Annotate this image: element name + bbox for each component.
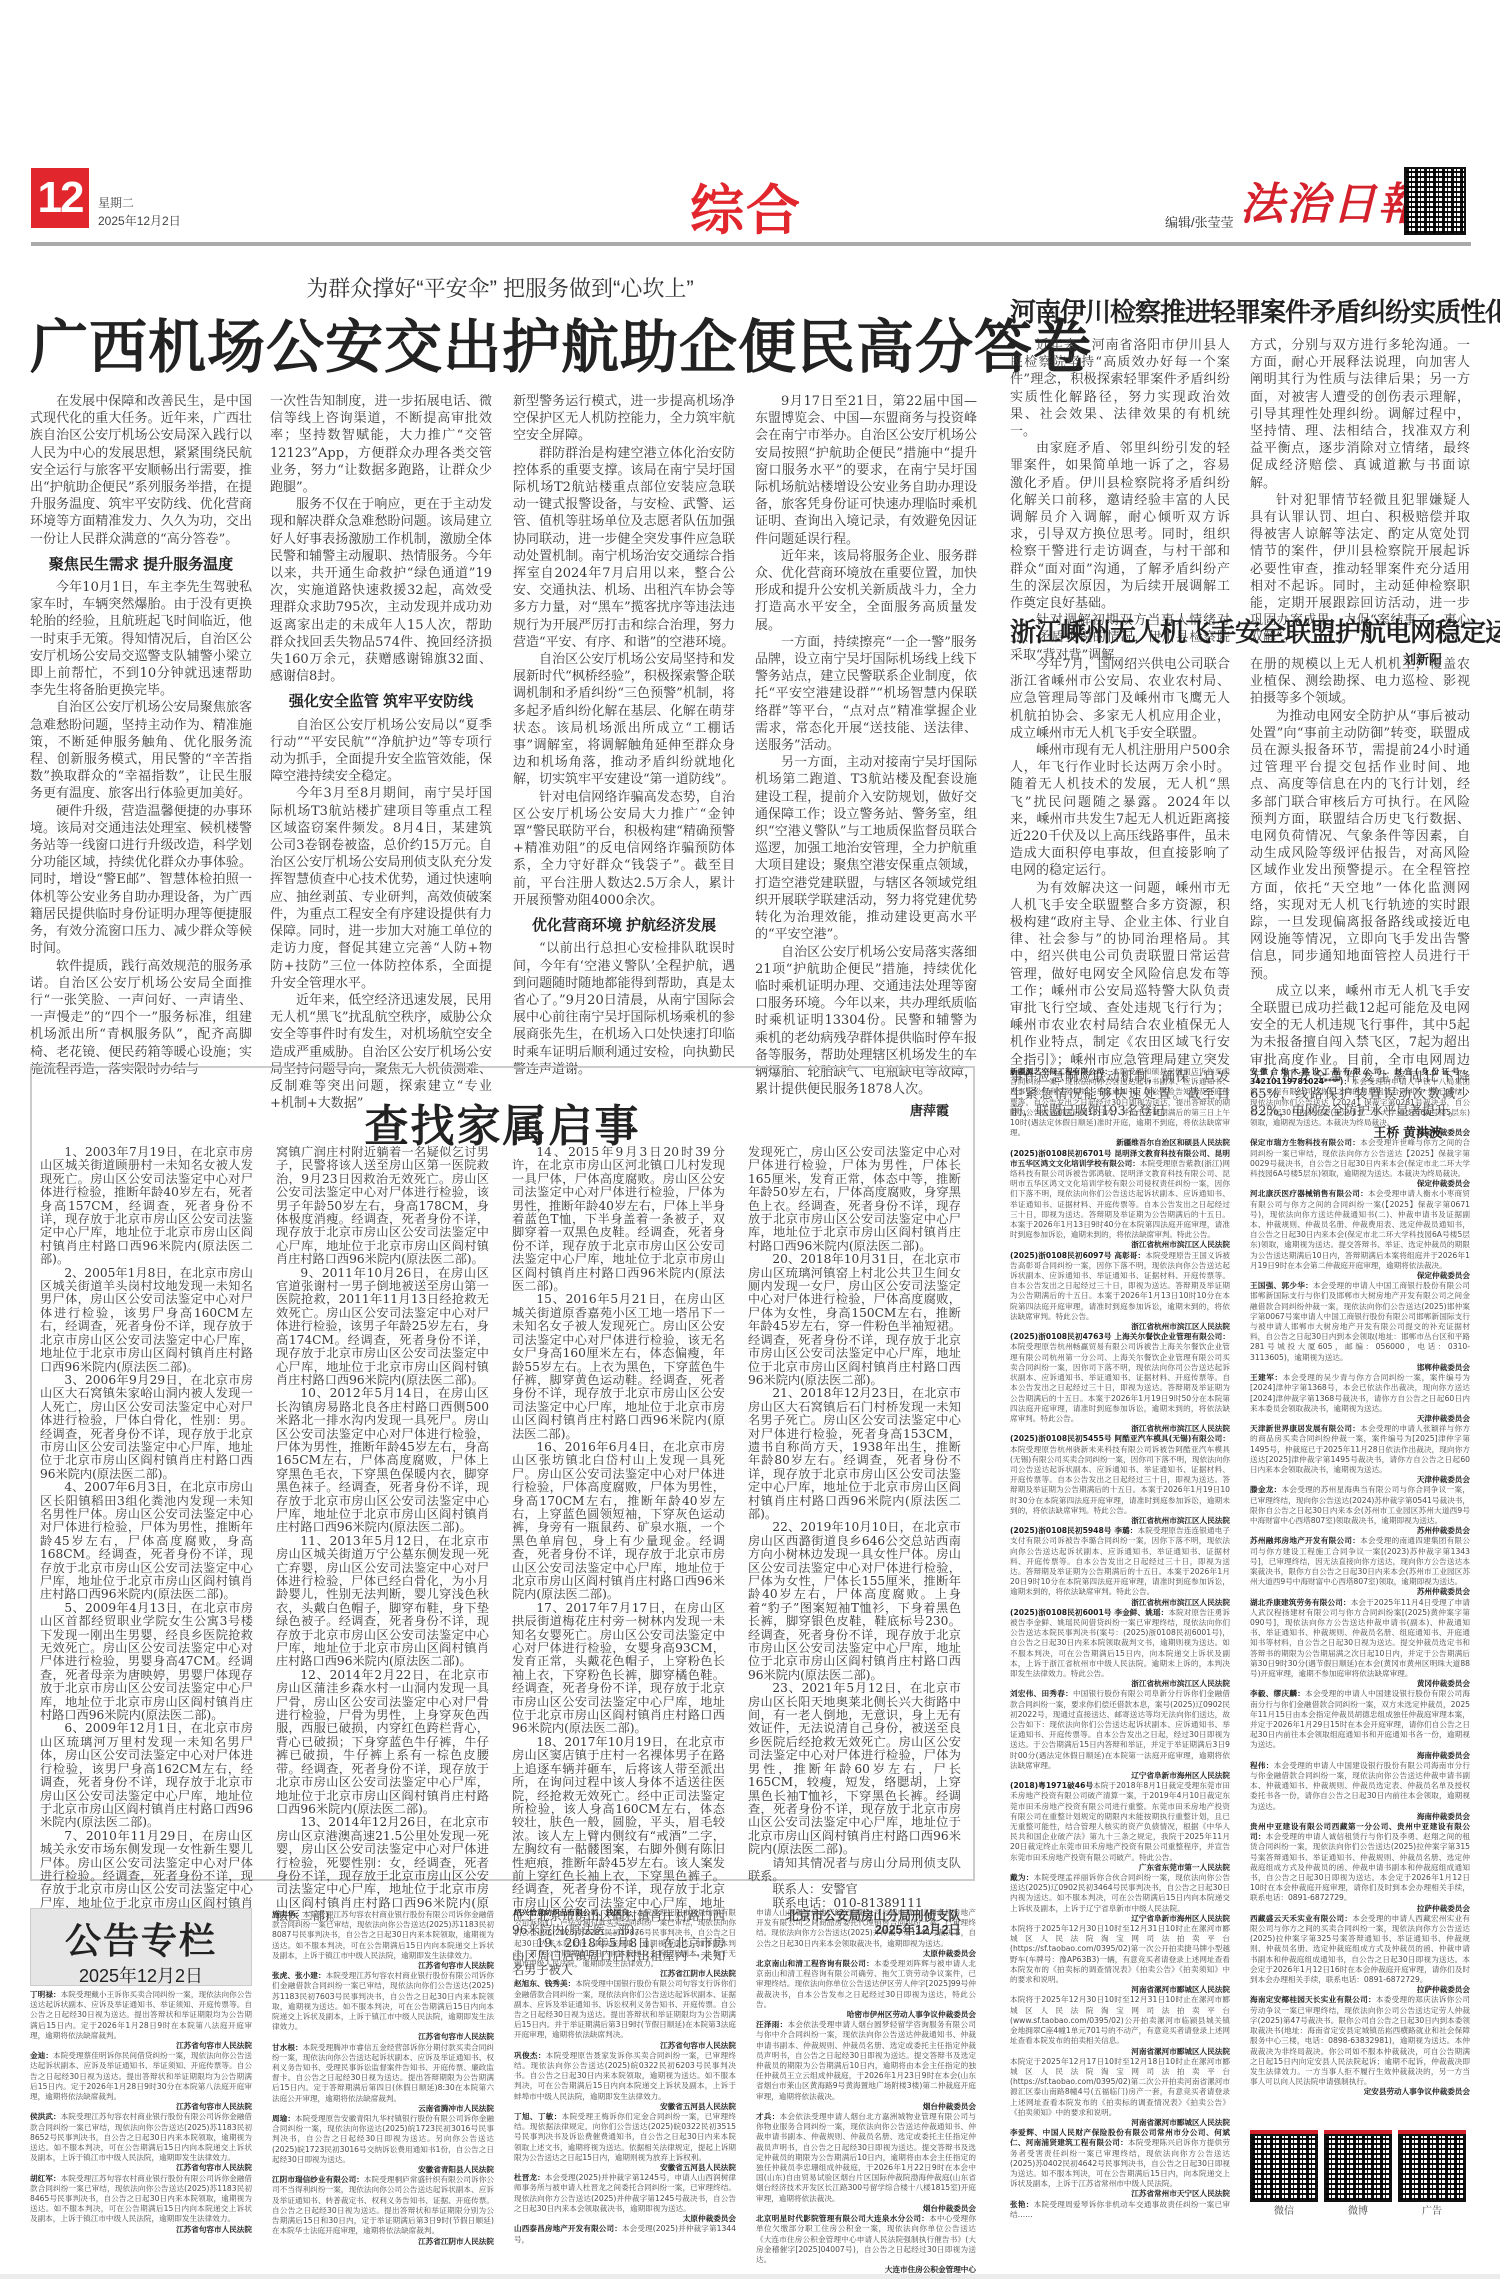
- notice-issuer: 天津仲裁委员会: [1250, 1475, 1470, 1485]
- main-article-col-4-body: 9月17日至21日，第22届中国—东盟博览会、中国—东盟商务与投资峰会在南宁市举…: [755, 393, 977, 1098]
- missing-persons-col-3: 14、2015年9月3日20时39分许，在北京市房山区河北镇口儿村发现一具尸体，…: [512, 1146, 725, 1977]
- notice-recipient: 刘宏伟、田秀春：: [1010, 1689, 1073, 1698]
- notice-issuer: 江苏省句容市人民法院: [30, 2225, 252, 2235]
- announcement-column-title: 公告专栏: [31, 1913, 251, 1964]
- notice-body: 本院受理桐庐常盛针织有限公司诉你公司不当得利纠纷一案，现依法向你公司公告送达起诉…: [272, 2175, 494, 2235]
- notice-entry: 10、2012年5月14日，在房山区长沟镇房易路北良各庄村路口西侧500米路北一…: [276, 1387, 489, 1534]
- notice-recipient: 滕金龙：: [1250, 1485, 1281, 1494]
- legal-notice: 河北康沃医疗器械销售有限公司：本会受理申请人衡水小枣商贸有限公司与你方之间的合同…: [1250, 1189, 1470, 1271]
- notice-recipient: (2025)浙0108民初5948号 李璐：: [1010, 1526, 1138, 1535]
- notice-body: 本院受理戴小王诉你买卖合同纠纷一案，现依法向你公告送达起诉状副本、应诉及举证通知…: [30, 1990, 252, 2040]
- notice-issuer: 江苏省句容市人民法院: [30, 2102, 252, 2112]
- legal-notice: 江阴市瑞信纱业有限公司：本院受理桐庐常盛针织有限公司诉你公司不当得利纠纷一案，现…: [272, 2175, 494, 2236]
- legal-notice: 甘水根：本院受理腾冲市睿信五金经营部诉你分期付款买卖合同纠纷一案，现依法向你公告…: [272, 2043, 494, 2104]
- notice-issuer: 浙江省杭州市滨江区人民法院: [1010, 1679, 1230, 1689]
- notice-issuer: 浙江省杭州市滨江区人民法院: [1010, 1516, 1230, 1526]
- notice-issuer: 新疆维吾尔自治区和硕县人民法院: [1010, 1138, 1230, 1148]
- notice-issuer: 苏州仲裁委员会: [1250, 1587, 1470, 1597]
- notice-issuer: 云南省腾冲市人民法院: [272, 2104, 494, 2114]
- notice-entry: 11、2013年5月12日，在北京市房山区城关街道万宁公墓东侧发现一死亡弃婴，房…: [276, 1535, 489, 1669]
- legal-notice: 申请人山西馨吉房地产经纪有限公司与被申请人山西泰昌房地产开发有限公司之间商品房委…: [756, 1908, 976, 1949]
- legal-notice: 王国强、郭少华：本会受理的申请人中国工商银行股份有限公司邯郸新国际支行与你们及邯…: [1250, 1281, 1470, 1363]
- section-title: 综合: [690, 168, 802, 245]
- legal-notice: 山西泰昌房地产开发有限公司：本会受理(2025)并仲裁字第1344号，: [514, 2224, 736, 2244]
- notice-body: 本会受理的苏州星海典当有限公司与你合同争议一案，已审理终结，现向你公告送达(20…: [1250, 1485, 1470, 1525]
- notice-body: 本院将于2025年12月30日10时至12月31日10时止在漯河市郾城区人民法院…: [1010, 1924, 1230, 1984]
- notice-entry: 14、2015年9月3日20时39分许，在北京市房山区河北镇口儿村发现一具尸体，…: [512, 1146, 725, 1293]
- notice-issuer: 保定仲裁委员会: [1250, 1128, 1470, 1138]
- legal-notice: 苏州融邦房地产开发有限公司：本会受理的南通四建集团有限公司与你方建设工程施工合同…: [1250, 1536, 1470, 1587]
- notice-issuer: 河南省漯河市郾城区人民法院: [1010, 1985, 1230, 1995]
- paragraph: 在发展中保障和改善民生，是中国式现代化的重大任务。近年来，广西壮族自治区公安厅机…: [30, 393, 252, 548]
- notice-recipient: 北京南山和清工程咨询有限公司：: [756, 1959, 874, 1968]
- paragraph: 自治区公安厅机场公安局坚持和发展新时代“枫桥经验”，积极探索警企联调机制和矛盾纠…: [513, 651, 735, 789]
- notice-issuer: 安徽省青阳县人民法院: [272, 2165, 494, 2175]
- paragraph: 一方面，持续擦亮“一企一警”服务品牌，设立南宁吴圩国际机场线上线下警务站点，建立…: [755, 634, 977, 754]
- legal-notice: 贵州中亚建设有限公司西藏第一分公司、贵州中亚建设有限公司：本会受理的申请人诚信租…: [1250, 1822, 1470, 1904]
- notice-recipient: 山西泰昌房地产开发有限公司：: [514, 2224, 622, 2233]
- notice-body: 本会于2025年11月4日受理了申请人武汉程扬建材有限公司与你方合同纠纷案[(2…: [1250, 1598, 1470, 1678]
- qr-label: 微信: [1250, 2202, 1318, 2217]
- announcements-right-col-b: 安徽合炮木建设工程有限公司、封宜(身份证号：34210119781024****…: [1250, 1067, 1470, 2097]
- notice-issuer: 邯郸仲裁委员会: [1250, 1363, 1470, 1373]
- notice-body: 本院受理江苏句容农村商业银行股份有限公司诉你金融借款合同纠纷一案已审结，现依法向…: [30, 2174, 252, 2224]
- notice-recipient: 绍兴恰意纺织品有限公司、钱国良：: [514, 1908, 637, 1917]
- notice-issuer: 安徽省五河县人民法院: [514, 2163, 736, 2173]
- notice-body: 本院受理江阴市润晟纺织有限公司诉你们、卢岳分期付款买卖合同纠纷一案已审结，现依法…: [514, 1908, 736, 1968]
- notice-body: 本院受理中国银行股份有限公司句容支行诉你们金融借款合同纠纷一案，现依法向你们公告…: [514, 1979, 736, 2039]
- paragraph: “以前出行总担心安检排队耽误时间，今年有‘空港义警队’全程护航，遇到问题随时随地…: [513, 940, 735, 1078]
- notice-body: 本会受理的吴少青与你方合同纠纷一案，案件编号为[2024]津仲字第1368号，本…: [1250, 1373, 1470, 1413]
- notice-issuer: 保定仲裁委员会: [1250, 1179, 1470, 1189]
- announcements-right-col-a: 新疆源艺空间工程有限公司：本院受理和硕县尹健面店诉你买卖合同纠纷一案，现依法向你…: [1010, 1067, 1230, 2267]
- notice-body: 本院将于2025年12月30日10时至12月31日10时止在漯河市郾城区人民法院…: [1010, 1995, 1230, 2045]
- legal-notice: 西藏盛云天禾实业有限公司：本会受理的申请人西藏宏州实业有限公司与你方之间的买卖合…: [1250, 1914, 1470, 1985]
- notice-body: 本院受理原告聂家发诉你买卖合同纠纷一案，已审理终结。现依法向你公告送达(2025…: [514, 2051, 736, 2101]
- paragraph: 在册的规模以上无人机机主，覆盖农业植保、测绘勘探、电力巡检、影视拍摄等多个领域。: [1250, 656, 1470, 708]
- notice-body: 本院受理原告王国义诉被告高彰哥合同纠纷一案，因你下落不明，现依法向你公告送达起诉…: [1010, 1251, 1230, 1321]
- notice-recipient: 侯洪武：: [30, 2112, 61, 2121]
- notice-entry: 9、2011年10月26日，在房山区官道张谢村一男子倒地被送至房山第一医院抢救，…: [276, 1267, 489, 1388]
- notice-issuer: 苏州仲裁委员会: [1250, 1526, 1470, 1536]
- notice-recipient: 程伟：: [1250, 1761, 1274, 1770]
- legal-notice: 本院定于2025年12月17日10时至12月18日10时止在漯河市郾城区人民法院…: [1010, 2057, 1230, 2118]
- legal-notice: (2025)浙0108民初5455号 阿酷亚汽车模具(无锡)有限公司：本院受理原…: [1010, 1434, 1230, 1516]
- weekday: 星期二: [98, 194, 134, 211]
- notice-recipient: 戴为：: [1010, 1873, 1034, 1882]
- notice-recipient: (2018)粤1971破46号: [1010, 1781, 1093, 1790]
- main-article-col-3: 新型警务运行模式，进一步提高机场净空保护区无人机防控能力，全力筑牢航空安全屏障。…: [513, 393, 735, 1078]
- notice-entry: 12、2014年2月22日，在北京市房山区蒲洼乡森水村一山洞内发现一具尸骨，房山…: [276, 1669, 489, 1816]
- legal-notice: (2025)浙0108民初4763号 上海关尔餐饮企业管理有限公司：本院受理原告…: [1010, 1332, 1230, 1424]
- main-article-col-4: 9月17日至21日，第22届中国—东盟博览会、中国—东盟商务与投资峰会在南宁市举…: [755, 393, 977, 1120]
- notice-issuer: 江苏省句容市人民法院: [272, 1961, 494, 1971]
- paragraph: 近年来，河南省洛阳市伊川县人民检察院坚持“高质效办好每一个案件”理念，积极探索轻…: [1010, 337, 1230, 440]
- missing-persons-col-2: 窝镇广润庄村附近躺着一名疑似乞讨男子，民警将该人送至房山区第一医院救治，9月23…: [276, 1146, 489, 1924]
- notice-body: 本院受理原告杭州骁新未来科技有限公司诉被告阿酷亚汽车模具(无锡)有限公司买卖合同…: [1010, 1445, 1230, 1515]
- legal-notice: 绍兴恰意纺织品有限公司、钱国良：本院受理江阴市润晟纺织有限公司诉你们、卢岳分期付…: [514, 1908, 736, 1969]
- notice-recipient: (2025)浙0108民初5455号 阿酷亚汽车模具(无锡)有限公司：: [1010, 1434, 1230, 1443]
- legal-notice: (2025)浙0108民初6701号 昆明泽文教育科技有限公司、昆明市五华区鸿文…: [1010, 1149, 1230, 1241]
- missing-persons-col-4-body: 发现死亡，房山区公安司法鉴定中心对尸体进行检验，尸体为男性，尸体长165厘米，发…: [748, 1146, 961, 1883]
- legal-notice: (2018)粤1971破46号本院于2018年8月1日裁定受理东莞市田禾房地产投…: [1010, 1781, 1230, 1863]
- notice-body: 中国银行股份有限公司阜新分行诉你们金融借款合同纠纷一案，要求你们偿还借款本息，案…: [1010, 1689, 1230, 1769]
- legal-notice: 张艳：本院受理周爱琴诉你非机动车交通事故责任纠纷一案已审结……: [1010, 2200, 1230, 2220]
- paragraph: 嵊州市现有无人机注册用户500余人，年飞行作业时长达两万余小时。随着无人机技术的…: [1010, 742, 1230, 880]
- legal-notice: 张虎、张小建：本院受理江苏句容农村商业银行股份有限公司诉你们金融借款合同纠纷一案…: [272, 1971, 494, 2032]
- legal-notice: (2025)浙0108民初6097号 高彰哥：本院受理原告王国义诉被告高彰哥合同…: [1010, 1251, 1230, 1322]
- announcements-col-c: 绍兴恰意纺织品有限公司、钱国良：本院受理江阴市润晟纺织有限公司诉你们、卢岳分期付…: [514, 1908, 736, 2245]
- legal-notice: 天津新世界康居发展有限公司：本会受理的申请人张颖祥与你方的商品房买卖合同纠纷仲裁…: [1250, 1424, 1470, 1475]
- notice-recipient: 杜晋龙：: [514, 2173, 545, 2182]
- notice-body: 本院对原告汪勇诉被告李金鲜、姚瑶民间借贷纠纷一案已审理终结，现依法向你们公告送达…: [1010, 1608, 1230, 1678]
- notice-entry: 17、2017年7月17日，在房山区拱辰街道梅花庄村旁一树林内发现一未知名女婴死…: [512, 1602, 725, 1736]
- notice-issuer: 海南仲裁委员会: [1250, 1812, 1470, 1822]
- legal-notice: 才兵：本会依法受理申请人烟台北方嘉洲城物业管理有限公司与你物业服务合同纠纷一案，…: [756, 2112, 976, 2204]
- notice-issuer: 黄冈仲裁委员会: [1250, 1679, 1470, 1689]
- notice-issuer: 河南省漯河市郾城区人民法院: [1010, 2118, 1230, 2128]
- paragraph: 自治区公安厅机场公安局以“夏季行动”“平安民航”“净航护边”等专项行动为抓手，全…: [270, 717, 492, 786]
- notice-body: 本院受理原告连连银通电子支付有限公司诉被告李璐合同纠纷一案，因你下落不明，现依法…: [1010, 1526, 1230, 1596]
- notice-body: 本院受理周爱琴诉你非机动车交通事故责任纠纷一案已审结……: [1010, 2200, 1230, 2219]
- main-article-col-1: 在发展中保障和改善民生，是中国式现代化的重大任务。近年来，广西壮族自治区公安厅机…: [30, 393, 252, 1078]
- notice-entry: 5、2009年4月13日，在北京市房山区首都经贸职业学院女生公寓3号楼下发现一刚…: [40, 1602, 253, 1723]
- notice-issuer: 天津仲裁委员会: [1250, 1414, 1470, 1424]
- notice-issuer: 浙江省杭州市滨江区人民法院: [1010, 1240, 1230, 1250]
- notice-entry: 20、2018年10月31日，在北京市房山区琉璃河镇窑上村北公共卫生间女厕内发现…: [748, 1253, 961, 1387]
- notice-body: 本院定于2025年12月17日10时至12月18日10时止在漯河市郾城区人民法院…: [1010, 2057, 1230, 2117]
- section-subheading: 优化营商环境 护航经济发展: [513, 917, 735, 934]
- main-article-title: 广西机场公安交出护航助企便民高分答卷: [30, 300, 1005, 384]
- qr-label: 广告: [1398, 2202, 1466, 2217]
- legal-notice: (2025)浙0108民初5948号 李璐：本院受理原告连连银通电子支付有限公司…: [1010, 1526, 1230, 1597]
- notice-body: 本院受理原告杭州畅赢贸易有限公司诉被告上海关尔餐饮企业管理有限公司杭州第一分公司…: [1010, 1342, 1230, 1422]
- notice-entry: 21、2018年12月23日，在北京市房山区大石窝镇后石门村桥发现一未知名男子死…: [748, 1387, 961, 1521]
- section-subheading: 聚焦民生需求 提升服务温度: [30, 556, 252, 573]
- announcement-column-header: 公告专栏 2025年12月2日: [30, 1908, 252, 1986]
- notice-entry: 18、2017年10月19日，在北京市房山区窦店镇于庄村一名裸体男子在路上追逐车…: [512, 1736, 725, 1937]
- legal-notice: 程伟：本会受理的申请人中国建设银行股份有限公司海南市分行与你金融借款合同纠纷一案…: [1250, 1761, 1470, 1812]
- notice-recipient: 西藏盛云天禾实业有限公司：: [1250, 1914, 1352, 1923]
- notice-entry: 窝镇广润庄村附近躺着一名疑似乞讨男子，民警将该人送至房山区第一医院救治，9月23…: [276, 1146, 489, 1267]
- notice-body: 申请人山西馨吉房地产经纪有限公司与被申请人山西泰昌房地产开发有限公司之间商品房委…: [756, 1908, 976, 1948]
- notice-issuer: 拉萨仲裁委员会: [1250, 1904, 1470, 1914]
- notice-body: 本会依法受理申请人烟台圆梦轻留学咨询服务有限公司与你中介合同纠纷一案，现依法向你…: [756, 2020, 976, 2100]
- legal-notice: 施丙华：本院受理江苏句容农村商业银行股份有限公司诉你金融借款合同纠纷一案已审结，…: [272, 1910, 494, 1961]
- notice-body: 本会受理申请人衡水小枣商贸有限公司与你方之间的合同纠纷一案(【2025】保裁字第…: [1250, 1189, 1470, 1269]
- notice-recipient: 海南定安椰桂园天长实业有限公司：: [1250, 1995, 1376, 2004]
- paragraph: 由家庭矛盾、邻里纠纷引发的轻罪案件，如果简单地一诉了之，容易激化矛盾。伊川县检察…: [1010, 440, 1230, 612]
- announcements-col-d: 申请人山西馨吉房地产经纪有限公司与被申请人山西泰昌房地产开发有限公司之间商品房委…: [756, 1908, 976, 2275]
- editor-credit: 编辑/张莹莹: [1165, 212, 1234, 231]
- notice-recipient: 江阴市瑞信纱业有限公司：: [272, 2175, 364, 2184]
- legal-notice: 戴为：本院受理孟祥丽诉你合伙合同纠纷一案，现依法向你公告送达(2025)辽090…: [1010, 1873, 1230, 1914]
- contact-person: 联系人：安警官: [748, 1883, 961, 1896]
- notice-issuer: 定安县劳动人事争议仲裁委员会: [1250, 2087, 1470, 2097]
- legal-notice: 海南定安椰桂园天长实业有限公司：本委受理的郑庆法诉你公司劳动争议一案已审理终结，…: [1250, 1995, 1470, 2087]
- notice-issuer: 辽宁省阜新市海州区人民法院: [1010, 1914, 1230, 1924]
- legal-notice: 安徽合炮木建设工程有限公司、封宜(身份证号：34210119781024****…: [1250, 1067, 1470, 1128]
- paragraph: 近年来，该局将服务企业、服务群众、优化营商环境放在重要位置，加快形成和提升公安机…: [755, 548, 977, 634]
- notice-issuer: 拉萨仲裁委员会: [1250, 1985, 1470, 1995]
- notice-entry: 16、2016年6月4日，在北京市房山区张坊镇北白岱村山上发现一具死尸。房山区公…: [512, 1441, 725, 1602]
- notice-recipient: 施丙华：: [272, 1910, 303, 1919]
- notice-recipient: (2025)浙0108民初4763号 上海关尔餐饮企业管理有限公司：: [1010, 1332, 1230, 1341]
- missing-persons-col-4: 发现死亡，房山区公安司法鉴定中心对尸体进行检验，尸体为男性，尸体长165厘米，发…: [748, 1146, 961, 1937]
- qr-wechat[interactable]: 微信: [1250, 2130, 1318, 2217]
- paragraph: 针对电信网络诈骗高发态势，自治区公安厅机场公安局大力推广“金钟罩”警民联防平台，…: [513, 789, 735, 909]
- notice-body: 本院受理和硕县尹健面店诉你买卖合同纠纷一案，现依法向你公告送达起诉书副本、应诉通…: [1010, 1067, 1230, 1137]
- legal-notice: 李毅、缪庆麟：本会受理的申请人中国建设银行股份有限公司海南分行与你们金融借款合同…: [1250, 1689, 1470, 1750]
- notice-recipient: 新疆源艺空间工程有限公司：: [1010, 1067, 1112, 1076]
- notice-entry: 1、2003年7月19日，在北京市房山区城关街道顾册村一未知名女被人发现死亡。房…: [40, 1146, 253, 1267]
- notice-body: 本会受理的申请人中国建设银行股份有限公司海南分行与你们金融借款合同纠纷一案，双方…: [1250, 1689, 1470, 1749]
- qr-code-icon[interactable]: [1250, 2134, 1318, 2202]
- notice-recipient: 王国强、郭少华：: [1250, 1281, 1313, 1290]
- legal-notice: 丁旭、丁敏：本院受理王梅诉你们定金合同纠纷一案，已审理终结。现依据法律规定，向你…: [514, 2112, 736, 2163]
- page-bottom-edge: [0, 2274, 1500, 2279]
- legal-notice: 新疆源艺空间工程有限公司：本院受理和硕县尹健面店诉你买卖合同纠纷一案，现依法向你…: [1010, 1067, 1230, 1138]
- page-number: 12: [31, 168, 89, 228]
- notice-entry: 13、2014年12月26日，在北京市房山区京港澳高速21.5公里处发现一死婴，…: [276, 1816, 489, 1923]
- notice-issuer: 太原仲裁委员会: [756, 1949, 976, 1959]
- legal-notice: 杜晋龙：本会受理(2025)并仲裁字第1245号，申请人山西润树律师事务所与被申…: [514, 2173, 736, 2214]
- paragraph: 今年10月1日，车主李先生驾驶私家车时，车辆突然爆胎。由于没有更换轮胎的经验，且…: [30, 579, 252, 699]
- notice-recipient: 才兵：: [756, 2112, 780, 2121]
- notice-entry: 2、2005年1月8日，在北京市房山区城关街道羊头岗村坟地发现一未知名男尸体，房…: [40, 1267, 253, 1374]
- paragraph: 群防群治是构建空港立体化治安防控体系的重要支撑。该局在南宁吴圩国际机场T2航站楼…: [513, 445, 735, 651]
- notice-issuer: 保定仲裁委员会: [1250, 1271, 1470, 1281]
- main-article-subtitle: 为群众撑好“平安伞” 把服务做到“心坎上”: [240, 272, 760, 303]
- legal-notice: 汪泽雨：本会依法受理申请人烟台圆梦轻留学咨询服务有限公司与你中介合同纠纷一案，现…: [756, 2020, 976, 2102]
- notice-recipient: 丁明禄：: [30, 1990, 61, 1999]
- notice-issuer: 烟台仲裁委员会: [756, 2204, 976, 2214]
- paragraph: 今年7月，国网绍兴供电公司联合浙江省嵊州市公安局、农业农村局、应急管理局等部门及…: [1010, 656, 1230, 742]
- notice-recipient: 苏州融邦房地产开发有限公司：: [1250, 1536, 1360, 1545]
- notice-recipient: 金迪：: [30, 2051, 53, 2060]
- legal-notice: 保定市瑞方生物科技有限公司：本会受理许世峰与你方之间的合同纠纷一案已审结，现依法…: [1250, 1138, 1470, 1179]
- paragraph: 硬件升级，营造温馨便捷的办事环境。该局对交通违法处理室、候机楼警务站等一线窗口进…: [30, 803, 252, 958]
- paragraph: 软件提质，践行高效规范的服务承诺。自治区公安厅机场公安局全面推行“一张笑脸、一声…: [30, 958, 252, 1078]
- legal-notice: 侯洪武：本院受理江苏句容农村商业银行股份有限公司诉你金融借款合同纠纷一案已审结，…: [30, 2112, 252, 2163]
- notice-body: 本委受理的郑庆法诉你公司劳动争议一案已审理终结，现依法向你公司公告送达定劳人仲裁…: [1250, 1995, 1470, 2086]
- notice-body: 本院受理腾冲市睿信五金经营部诉你分期付款买卖合同纠纷一案，现依法向你公告送达起诉…: [272, 2043, 494, 2103]
- legal-notice: 滕金龙：本会受理的苏州星海典当有限公司与你合同争议一案，已审理终结，现向你公告送…: [1250, 1485, 1470, 1526]
- notice-issuer: 浙江省杭州市滨江区人民法院: [1010, 1424, 1230, 1434]
- right-article-1-col-2-body: 方式，分别与双方进行多轮沟通。一方面，耐心开展释法说理，向加害人阐明其行为性质与…: [1250, 337, 1470, 647]
- qr-code-icon[interactable]: [1324, 2134, 1392, 2202]
- qr-label: 微博: [1324, 2202, 1392, 2217]
- notice-issuer: 烟台仲裁委员会: [756, 2102, 976, 2112]
- legal-notice: 巩俊杰：本院受理原告聂家发诉你买卖合同纠纷一案，已审理终结。现依法向你公告送达(…: [514, 2051, 736, 2102]
- legal-notice: 北京南山和清工程咨询有限公司：本委受理刘阵辉与被申请人北京南山和清工程咨询有限公…: [756, 1959, 976, 2010]
- notice-issuer: 江苏省句容市人民法院: [30, 2163, 252, 2173]
- issue-date: 2025年12月2日: [98, 212, 181, 229]
- notice-issuer: 江苏省句容市人民法院: [272, 2032, 494, 2042]
- notice-issuer: 浙江省杭州市滨江区人民法院: [1010, 1598, 1230, 1608]
- legal-notice: 北京明星时代影院管理有限公司大连泉水分公司：本中心受理你单位欠缴部分职工住房公积…: [756, 2214, 976, 2265]
- main-article-col-2: 一次性告知制度，进一步拓展电话、微信等线上咨询渠道，不断提高审批效率；坚持数智赋…: [270, 393, 492, 1112]
- notice-body: 本院于2018年8月1日裁定受理东莞市田禾房地产投资有限公司破产清算一案，于20…: [1010, 1781, 1230, 1861]
- notice-issuer: 江苏省句容市人民法院: [514, 2041, 736, 2051]
- notice-entry: 22、2019年10月10日，在北京市房山区西潞街道良乡646公交总站西南方向小…: [748, 1521, 961, 1682]
- notice-recipient: 王建军：: [1250, 1373, 1283, 1382]
- notice-body: 本会受理的申请人中国建设银行股份有限公司海南市分行与你金融借款合同纠纷一案，现依…: [1250, 1761, 1470, 1811]
- notice-recipient: 北京明星时代影院管理有限公司大连泉水分公司：: [756, 2214, 929, 2223]
- notice-recipient: (2025)浙0108民初6097号 高彰哥：: [1010, 1251, 1145, 1260]
- notice-issuer: 江苏省句容市人民法院: [30, 2041, 252, 2051]
- notice-body: 本院受理江苏句容农村商业银行股份有限公司诉你金融借款合同纠纷一案已审结，现依法向…: [30, 2112, 252, 2162]
- legal-notice: 周瑜：本院受理原告安徽青阳九华村镇银行股份有限公司诉你金融合同纠纷一案，现依法向…: [272, 2114, 494, 2165]
- notice-body: 本会受理的申请人诚信租赁行与你们及李勇、赵翔之间的租赁合同纠纷一案，现依法向你们…: [1250, 1832, 1470, 1902]
- paragraph: 自治区公安厅机场公安局聚焦旅客急难愁盼问题，坚持主动作为、精准施策，不断延伸服务…: [30, 699, 252, 802]
- qr-ads[interactable]: 广告: [1398, 2130, 1466, 2217]
- right-article-2-col-2-body: 在册的规模以上无人机机主，覆盖农业植保、测绘勘探、电力巡检、影视拍摄等多个领域。…: [1250, 656, 1470, 1120]
- notice-issuer: 河南省漯河市郾城区人民法院: [1010, 2047, 1230, 2057]
- notice-issuer: 安徽省五河县人民法院: [514, 2102, 736, 2112]
- legal-notice: 湖北乔康建筑劳务有限公司：本会于2025年11月4日受理了申请人武汉程扬建材有限…: [1250, 1598, 1470, 1680]
- legal-notice: 丁明禄：本院受理戴小王诉你买卖合同纠纷一案，现依法向你公告送达起诉状副本、应诉及…: [30, 1990, 252, 2041]
- missing-persons-col-1: 1、2003年7月19日，在北京市房山区城关街道顾册村一未知名女被人发现死亡。房…: [40, 1146, 253, 1950]
- notice-issuer: 太原仲裁委员会: [514, 2214, 736, 2224]
- qr-weibo[interactable]: 微博: [1324, 2130, 1392, 2217]
- announcements-col-b: 施丙华：本院受理江苏句容农村商业银行股份有限公司诉你金融借款合同纠纷一案已审结，…: [272, 1910, 494, 2247]
- notice-recipient: 丁旭、丁敏：: [514, 2112, 562, 2121]
- notice-body: 本会受理(2025)并仲裁字第1245号，申请人山西润树律师事务所与被申请人杜晋…: [514, 2173, 736, 2213]
- announcement-column-date: 2025年12月2日: [31, 1962, 251, 1988]
- notice-recipient: 胡红军：: [30, 2174, 61, 2183]
- footer-qr-codes: 微信 微博 广告: [1250, 2130, 1470, 2217]
- notice-entry: 3、2006年9月29日，在北京市房山区大石窝镇朱家峪山洞内被人发现一人死亡，房…: [40, 1374, 253, 1481]
- legal-notice: 本院将于2025年12月30日10时至12月31日10时止在漯河市郾城区人民法院…: [1010, 1995, 1230, 2046]
- paragraph: 为推动电网安全防护从“事后被动处置”向“事前主动防御”转变，联盟成员在源头报备环…: [1250, 708, 1470, 983]
- notice-body: 本院受理江苏句容农村商业银行股份有限公司诉你们金融借款合同纠纷一案已审结，现依法…: [272, 1971, 494, 2031]
- notice-recipient: 张艳：: [1010, 2200, 1034, 2209]
- legal-notice: 金迪：本院受理蔡佳明诉你民间借贷纠纷一案，现依法向你公告送达起诉状副本、应诉及举…: [30, 2051, 252, 2102]
- legal-notice: 本院将于2025年12月30日10时至12月31日10时止在漯河市郾城区人民法院…: [1010, 1924, 1230, 1985]
- notice-issuer: 浙江省杭州市滨江区人民法院: [1010, 1322, 1230, 1332]
- notice-issuer: 江苏省江阴市人民法院: [272, 2237, 494, 2247]
- notice-body: 本会受理的申请人西藏宏州实业有限公司与你方之间的买卖合同纠纷一案，现依法向你方公…: [1250, 1914, 1470, 1984]
- notice-body: 本会依法受理申请人烟台北方嘉洲城物业管理有限公司与你物业服务合同纠纷一案，现依法…: [756, 2112, 976, 2203]
- qr-code-icon[interactable]: [1404, 167, 1466, 235]
- paragraph: 另一方面，主动对接南宁吴圩国际机场第二跑道、T3航站楼及配套设施建设工程，提前介…: [755, 754, 977, 943]
- legal-notice: 李爱辉、中国人民财产保险股份有限公司常州市分公司、何斌仁、河南浦贤建筑工程有限公…: [1010, 2128, 1230, 2189]
- newspaper-masthead: 法治日報: [1240, 168, 1424, 232]
- paragraph: 9月17日至21日，第22届中国—东盟博览会、中国—东盟商务与投资峰会在南宁市举…: [755, 393, 977, 548]
- legal-notice: 刘宏伟、田秀春：中国银行股份有限公司阜新分行诉你们金融借款合同纠纷一案，要求你们…: [1010, 1689, 1230, 1771]
- header-divider: [31, 242, 1471, 246]
- paragraph: 方式，分别与双方进行多轮沟通。一方面，耐心开展释法说理，向加害人阐明其行为性质与…: [1250, 337, 1470, 492]
- legal-notice: 赵旭东、钱秀美：本院受理中国银行股份有限公司句容支行诉你们金融借款合同纠纷一案，…: [514, 1979, 736, 2040]
- notice-entry: 6、2009年12月1日，在北京市房山区琉璃河万里村发现一未知名男尸体，房山区公…: [40, 1722, 253, 1829]
- notice-issuer: 哈密市伊州区劳动人事争议仲裁委员会: [756, 2010, 976, 2020]
- notice-recipient: 保定市瑞方生物科技有限公司：: [1250, 1138, 1360, 1147]
- notice-body: 本院受理原告安徽青阳九华村镇银行股份有限公司诉你金融合同纠纷一案，现依法向你送达…: [272, 2114, 494, 2164]
- notice-issuer: 广东省东莞市第一人民法院: [1010, 1863, 1230, 1873]
- announcements-col-a: 丁明禄：本院受理戴小王诉你买卖合同纠纷一案，现依法向你公告送达起诉状副本、应诉及…: [30, 1990, 252, 2235]
- notice-body: 本会受理的申请人中国工商银行股份有限公司邯郸新国际支行与你们及邯郸市大树房地产开…: [1250, 1281, 1470, 1361]
- right-article-2-title: 浙江嵊州无人机飞手安全联盟护航电网稳定运行: [1010, 612, 1470, 649]
- notice-recipient: 河北康沃医疗器械销售有限公司：: [1250, 1189, 1368, 1198]
- notice-recipient: 巩俊杰：: [514, 2051, 546, 2060]
- notice-issuer: 江苏省常州市天宁区人民法院: [1010, 2189, 1230, 2199]
- notice-issuer: 辽宁省阜新市海州区人民法院: [1010, 1771, 1230, 1781]
- right-article-2-col-1: 今年7月，国网绍兴供电公司联合浙江省嵊州市公安局、农业农村局、应急管理局等部门及…: [1010, 656, 1230, 1120]
- notice-recipient: 甘水根：: [272, 2043, 303, 2052]
- notice-body: 本院受理原告紫教(浙江)网络科技有限公司诉被告郭鸿敏、昆明泽文教育科技有限公司、…: [1010, 1159, 1230, 1239]
- section-subheading: 强化安全监管 筑牢平安防线: [270, 693, 492, 710]
- legal-notice: 胡红军：本院受理江苏句容农村商业银行股份有限公司诉你金融借款合同纠纷一案已审结，…: [30, 2174, 252, 2225]
- notice-body: 本院受理孟祥丽诉你合伙合同纠纷一案，现依法向你公告送达(2025)辽0902民初…: [1010, 1873, 1230, 1913]
- notice-entry: 15、2016年5月21日，在房山区城关街道原香嘉苑小区工地一塔吊下一未知名女子…: [512, 1293, 725, 1440]
- notice-recipient: 汪泽雨：: [756, 2020, 787, 2029]
- notice-recipient: 李毅、缪庆麟：: [1250, 1689, 1305, 1698]
- paragraph: 今年3月至8月期间，南宁吴圩国际机场T3航站楼扩建项目等重点工程区域盗窃案件频发…: [270, 785, 492, 991]
- legal-notice: (2025)浙0108民初6001号 李金鲜、姚瑶：本院对原告汪勇诉被告李金鲜、…: [1010, 1608, 1230, 1679]
- notice-recipient: 天津新世界康居发展有限公司：: [1250, 1424, 1360, 1433]
- qr-code-icon[interactable]: [1398, 2134, 1466, 2202]
- notice-issuer: 海南仲裁委员会: [1250, 1751, 1470, 1761]
- notice-body: 本院受理蔡佳明诉你民间借贷纠纷一案，现依法向你公告送达起诉状副本、应诉及举证通知…: [30, 2051, 252, 2101]
- notice-entry: 4、2007年6月3日，在北京市房山区长阳镇稻田3组化粪池内发现一未知名男性尸体…: [40, 1481, 253, 1602]
- notice-recipient: 周瑜：: [272, 2114, 295, 2123]
- notice-body: 本院受理江苏句容农村商业银行股份有限公司诉你金融借款合同纠纷一案已审结，现依法向…: [272, 1910, 494, 1960]
- notice-issuer: 江苏省江阴市人民法院: [514, 1969, 736, 1979]
- paragraph: 一次性告知制度，进一步拓展电话、微信等线上咨询渠道，不断提高审批效率；坚持数智赋…: [270, 393, 492, 496]
- notice-entry: 发现死亡，房山区公安司法鉴定中心对尸体进行检验，尸体为男性，尸体长165厘米，发…: [748, 1146, 961, 1253]
- paragraph: 新型警务运行模式，进一步提高机场净空保护区无人机防控能力，全力筑牢航空安全屏障。: [513, 393, 735, 445]
- paragraph: 服务不仅在于响应，更在于主动发现和解决群众急难愁盼问题。该局建立好人好事表扬激励…: [270, 496, 492, 685]
- notice-entry: 23、2021年5月12日，在北京市房山区长阳天地奥莱北侧长兴大街路中间，有一老…: [748, 1682, 961, 1856]
- legal-notice: 王建军：本会受理的吴少青与你方合同纠纷一案，案件编号为[2024]津仲字第136…: [1250, 1373, 1470, 1414]
- notice-recipient: (2025)浙0108民初6001号 李金鲜、姚瑶：: [1010, 1608, 1168, 1617]
- right-article-1-title: 河南伊川检察推进轻罪案件矛盾纠纷实质性化解: [1010, 292, 1470, 329]
- notice-entry: 请知其情况者与房山分局刑侦支队联系。: [748, 1857, 961, 1884]
- notice-recipient: 赵旭东、钱秀美：: [514, 1979, 575, 1988]
- notice-recipient: 张虎、张小建：: [272, 1971, 326, 1980]
- notice-recipient: 湖北乔康建筑劳务有限公司：: [1250, 1598, 1351, 1607]
